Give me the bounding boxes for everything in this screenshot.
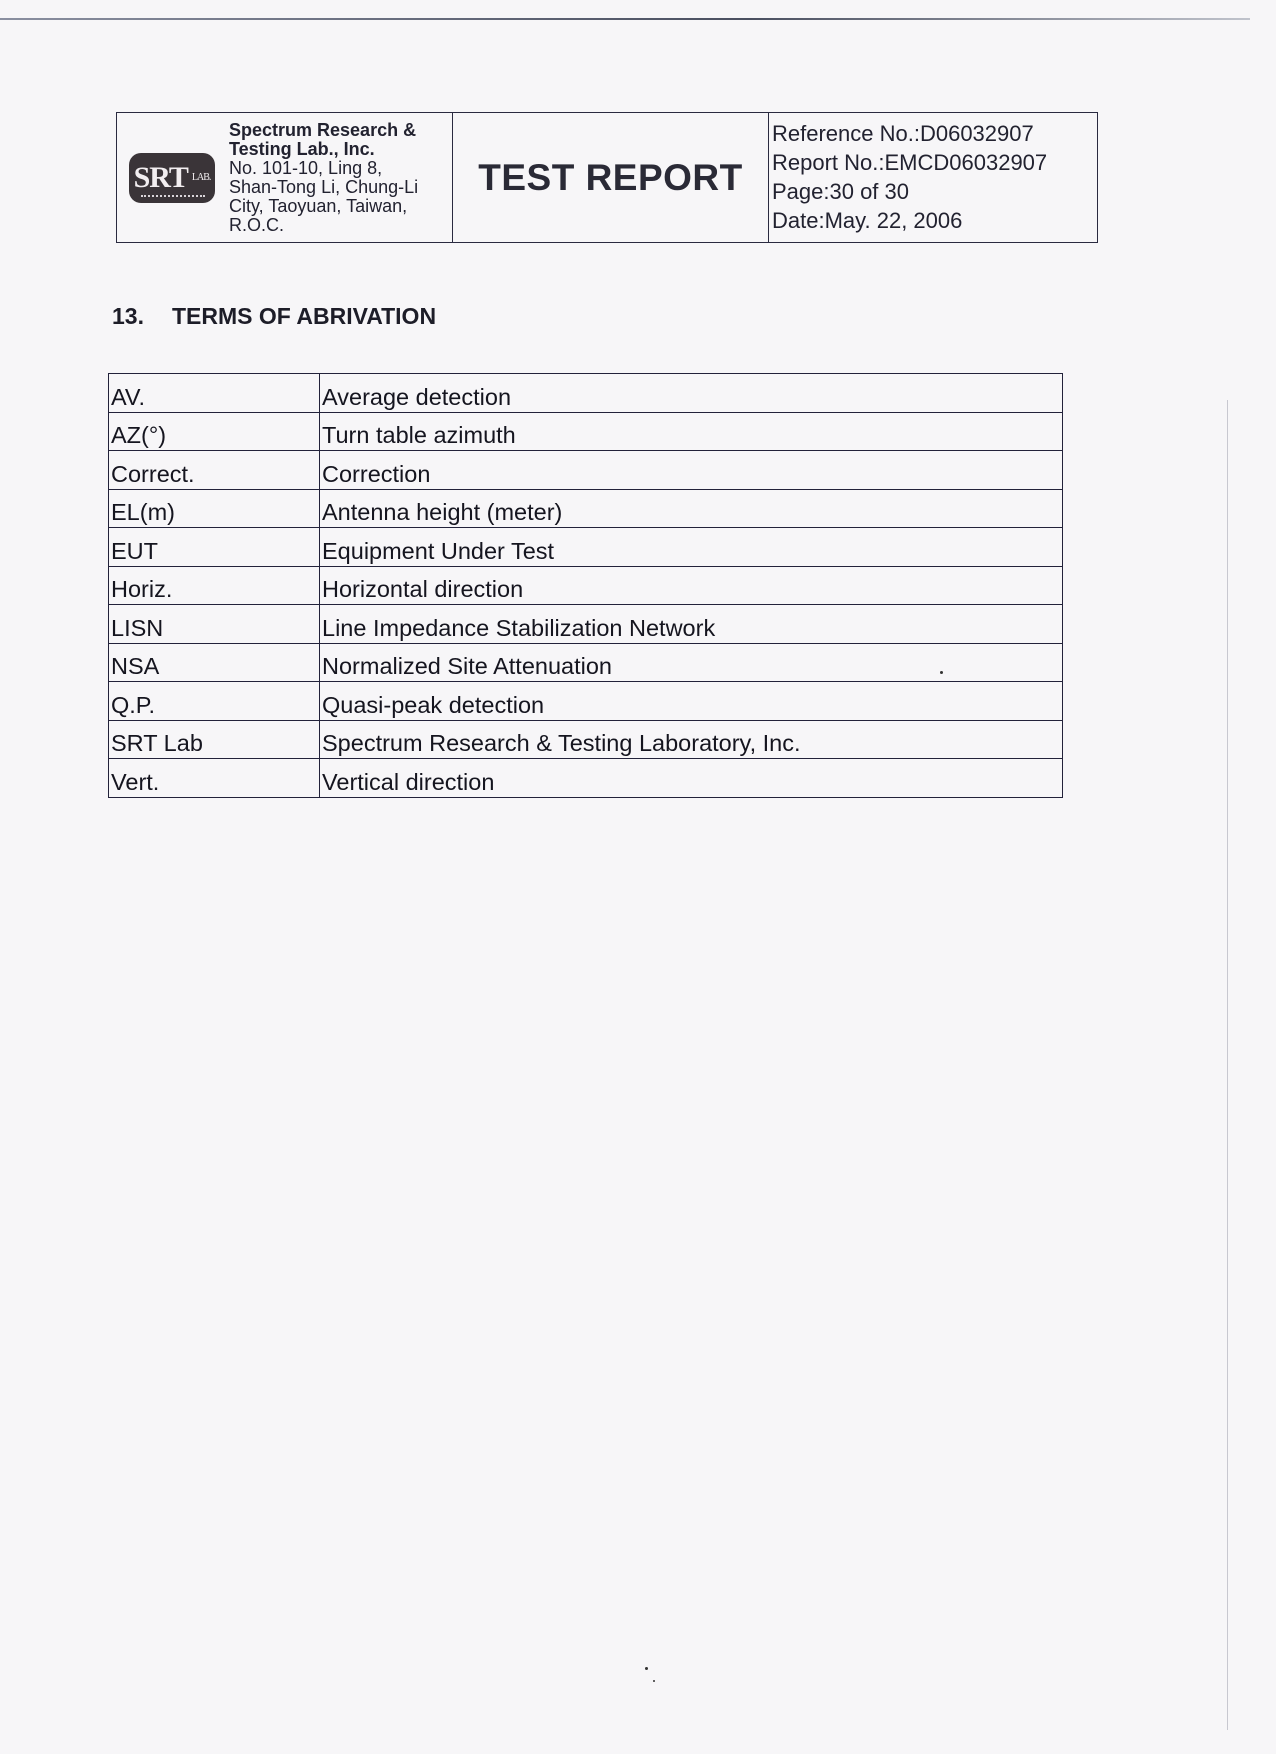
page-number: Page:30 of 30	[772, 177, 1097, 206]
address-line: City, Taoyuan, Taiwan,	[229, 197, 418, 216]
report-title: TEST REPORT	[478, 157, 743, 199]
term-abbreviation: EUT	[109, 528, 320, 567]
table-row: Horiz.Horizontal direction	[109, 566, 1063, 605]
table-row: AV.Average detection	[109, 374, 1063, 413]
table-row: EUTEquipment Under Test	[109, 528, 1063, 567]
term-meaning: Quasi-peak detection	[320, 682, 1063, 721]
table-row: Correct.Correction	[109, 451, 1063, 490]
term-abbreviation: AZ(°)	[109, 412, 320, 451]
section-heading: 13.TERMS OF ABRIVATION	[112, 303, 436, 330]
logo-wave-icon	[141, 192, 205, 197]
section-title: TERMS OF ABRIVATION	[172, 303, 436, 329]
scan-edge-right	[1227, 400, 1228, 1730]
meta-block: Reference No.:D06032907 Report No.:EMCD0…	[769, 113, 1097, 242]
address-line: No. 101-10, Ling 8,	[229, 159, 418, 178]
company-name-line1: Spectrum Research &	[229, 121, 418, 140]
term-meaning: Vertical direction	[320, 759, 1063, 798]
term-meaning: Average detection	[320, 374, 1063, 413]
term-abbreviation: AV.	[109, 374, 320, 413]
term-meaning: Antenna height (meter)	[320, 489, 1063, 528]
term-meaning: Equipment Under Test	[320, 528, 1063, 567]
term-meaning: Correction	[320, 451, 1063, 490]
term-abbreviation: Q.P.	[109, 682, 320, 721]
title-block: TEST REPORT	[453, 113, 769, 242]
table-row: Q.P.Quasi-peak detection	[109, 682, 1063, 721]
term-abbreviation: Horiz.	[109, 566, 320, 605]
abbreviation-table: AV.Average detectionAZ(°)Turn table azim…	[108, 373, 1063, 798]
scan-speck	[645, 1667, 648, 1670]
report-number: Report No.:EMCD06032907	[772, 148, 1097, 177]
company-block: SRTLAB. Spectrum Research & Testing Lab.…	[117, 113, 453, 242]
term-abbreviation: Vert.	[109, 759, 320, 798]
term-meaning: Line Impedance Stabilization Network	[320, 605, 1063, 644]
table-row: AZ(°)Turn table azimuth	[109, 412, 1063, 451]
srt-lab-logo: SRTLAB.	[129, 153, 215, 203]
term-abbreviation: EL(m)	[109, 489, 320, 528]
table-row: SRT LabSpectrum Research & Testing Labor…	[109, 720, 1063, 759]
scan-edge-top	[0, 18, 1250, 20]
company-info: Spectrum Research & Testing Lab., Inc. N…	[229, 121, 418, 235]
term-abbreviation: Correct.	[109, 451, 320, 490]
company-name-line2: Testing Lab., Inc.	[229, 140, 418, 159]
report-date: Date:May. 22, 2006	[772, 206, 1097, 235]
term-meaning: Turn table azimuth	[320, 412, 1063, 451]
term-abbreviation: LISN	[109, 605, 320, 644]
logo-text: SRT	[134, 161, 188, 195]
scan-speck	[940, 671, 943, 674]
term-meaning: Normalized Site Attenuation	[320, 643, 1063, 682]
term-meaning: Spectrum Research & Testing Laboratory, …	[320, 720, 1063, 759]
term-abbreviation: NSA	[109, 643, 320, 682]
scan-speck	[653, 1680, 655, 1682]
address-line: Shan-Tong Li, Chung-Li	[229, 178, 418, 197]
reference-number: Reference No.:D06032907	[772, 119, 1097, 148]
table-row: NSANormalized Site Attenuation	[109, 643, 1063, 682]
table-row: EL(m)Antenna height (meter)	[109, 489, 1063, 528]
term-meaning: Horizontal direction	[320, 566, 1063, 605]
section-number: 13.	[112, 303, 172, 330]
logo-subtext: LAB.	[192, 172, 211, 183]
term-abbreviation: SRT Lab	[109, 720, 320, 759]
address-line: R.O.C.	[229, 216, 418, 235]
table-row: LISNLine Impedance Stabilization Network	[109, 605, 1063, 644]
report-header: SRTLAB. Spectrum Research & Testing Lab.…	[116, 112, 1098, 243]
table-row: Vert.Vertical direction	[109, 759, 1063, 798]
